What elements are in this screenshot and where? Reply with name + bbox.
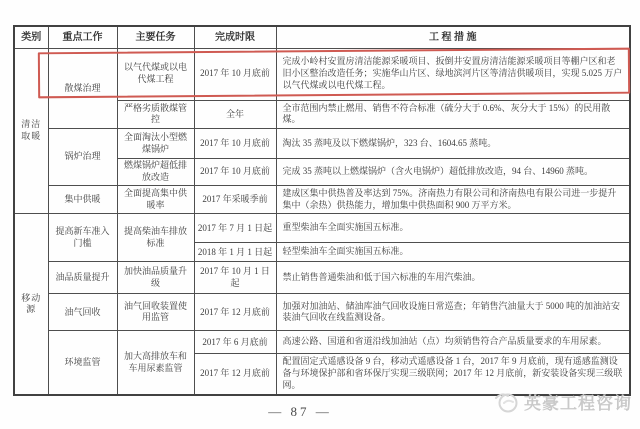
deadline-cell: 2017 年 6 月底前	[194, 331, 276, 354]
deadline-cell: 2017 年 10 月底前	[194, 159, 276, 185]
table-row: 移动源 提高新车准入门槛 提高柴油车排放标准 2017 年 7 月 1 日起 重…	[14, 214, 630, 243]
page-number: — 87 —	[235, 404, 365, 420]
task-cell: 提高柴油车排放标准	[117, 214, 194, 262]
category-cell-mobile: 移动源	[14, 214, 48, 395]
work-cell-youpin: 油品质量提升	[48, 262, 117, 294]
deadline-cell: 2017 年 10 月底前	[194, 129, 276, 159]
work-cell-guolu: 锅炉治理	[48, 129, 117, 185]
task-cell: 燃煤锅炉超低排放改造	[117, 159, 194, 185]
measure-cell: 重型柴油车全面实施国五标准。	[276, 214, 630, 243]
deadline-cell: 2017 年 12 月底前	[194, 294, 276, 331]
table-row: 清洁取暖 散煤治理 以气代煤或以电代煤工程 2017 年 10 月底前 完成小岭…	[14, 48, 630, 100]
measure-cell: 建成区集中供热普及率达到 75%。济南热力有限公司和济南热电有限公司进一步提升集…	[276, 185, 630, 214]
task-cell: 全面提高集中供暖率	[117, 185, 194, 214]
task-cell: 加快油品质量升级	[117, 262, 194, 294]
deadline-cell: 2018 年 1 月 1 日起	[194, 243, 276, 262]
deadline-cell: 2017 年采暖季前	[194, 185, 276, 214]
col-header-category: 类别	[14, 26, 48, 48]
task-cell: 油气回收装置使用监管	[117, 294, 194, 331]
measure-cell: 轻型柴油车全面实施国五标准。	[276, 243, 630, 262]
deadline-cell: 2017 年 10 月底前	[194, 48, 276, 100]
category-cell-heating: 清洁取暖	[14, 48, 48, 214]
col-header-task: 主要任务	[117, 26, 194, 48]
table-row: 集中供暖 全面提高集中供暖率 2017 年采暖季前 建成区集中供热普及率达到 7…	[14, 185, 630, 214]
work-cell-zhunru: 提高新车准入门槛	[48, 214, 117, 262]
table-row: 环境监管 加大高排放车和车用尿素监管 2017 年 6 月底前 高速公路、国道和…	[14, 331, 630, 354]
measure-cell: 完成小岭村安置房清洁能源采暖项目、扳倒井安置房清洁能源采暖项目等棚户区和老旧小区…	[276, 48, 630, 100]
task-cell: 加大高排放车和车用尿素监管	[117, 331, 194, 395]
work-cell-sanmei: 散煤治理	[48, 48, 117, 129]
yinghao-logo-icon	[494, 390, 520, 414]
measure-cell: 加强对加油站、储油库油气回收设施日常巡查；年销售汽油量大于 5000 吨的加油站…	[276, 294, 630, 331]
watermark-text: 英豪工程咨询	[524, 389, 632, 414]
document-page: 类别 重点工作 主要任务 完成时限 工 程 措 施 清洁取暖 散煤治理 以气代煤…	[0, 0, 640, 429]
measure-cell: 全市范围内禁止燃用、销售不符合标准（硫分大于 0.6%、灰分大于 15%）的民用…	[276, 100, 630, 129]
col-header-measures: 工 程 措 施	[276, 26, 630, 48]
watermark: 英豪工程咨询	[494, 389, 632, 414]
measure-cell: 淘汰 35 蒸吨及以下燃煤锅炉，323 台、1604.65 蒸吨。	[276, 129, 630, 159]
work-cell-jizhong: 集中供暖	[48, 185, 117, 214]
table-row: 油品质量提升 加快油品质量升级 2017 年 10 月 1 日起 禁止销售普通柴…	[14, 262, 630, 294]
task-cell: 全面淘汰小型燃煤锅炉	[117, 129, 194, 159]
measure-cell: 禁止销售普通柴油和低于国六标准的车用汽柴油。	[276, 262, 630, 294]
measure-cell: 完成 35 蒸吨以上燃煤锅炉（含火电锅炉）超低排放改造，94 台、14960 蒸…	[276, 159, 630, 185]
table-header-row: 类别 重点工作 主要任务 完成时限 工 程 措 施	[14, 26, 630, 48]
task-cell: 以气代煤或以电代煤工程	[117, 48, 194, 100]
work-cell-huanjing: 环境监管	[48, 331, 117, 395]
action-plan-table: 类别 重点工作 主要任务 完成时限 工 程 措 施 清洁取暖 散煤治理 以气代煤…	[13, 25, 631, 396]
deadline-cell: 2017 年 7 月 1 日起	[194, 214, 276, 243]
measure-cell: 高速公路、国道和省道沿线加油站（点）均须销售符合产品质量要求的车用尿素。	[276, 331, 630, 354]
table-row: 油气回收 油气回收装置使用监管 2017 年 12 月底前 加强对加油站、储油库…	[14, 294, 630, 331]
deadline-cell: 2017 年 12 月底前	[194, 354, 276, 395]
deadline-cell: 全年	[194, 100, 276, 129]
deadline-cell: 2017 年 10 月 1 日起	[194, 262, 276, 294]
table-row: 锅炉治理 全面淘汰小型燃煤锅炉 2017 年 10 月底前 淘汰 35 蒸吨及以…	[14, 129, 630, 159]
col-header-work: 重点工作	[48, 26, 117, 48]
task-cell: 严格劣质散煤管控	[117, 100, 194, 129]
work-cell-youqi: 油气回收	[48, 294, 117, 331]
col-header-deadline: 完成时限	[194, 26, 276, 48]
